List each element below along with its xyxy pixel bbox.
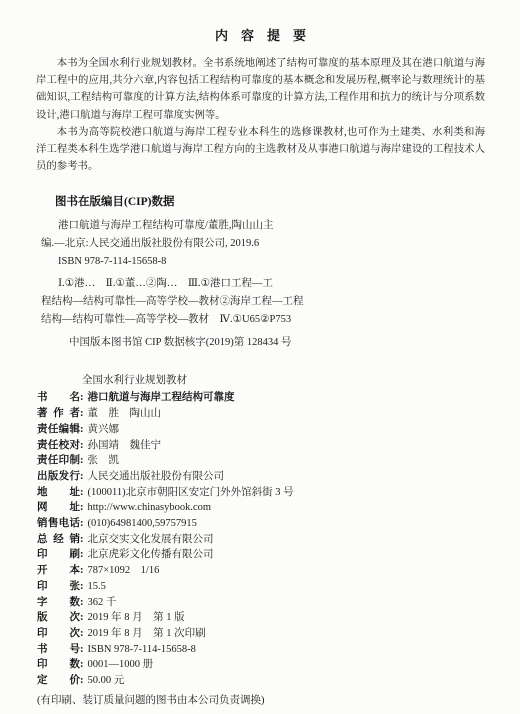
- exchange-note: (有印刷、装订质量问题的图书由本公司负责调换): [37, 692, 485, 707]
- field-value: 362 千: [88, 597, 117, 608]
- field-colon: :: [80, 612, 84, 623]
- field-value: 15.5: [88, 581, 106, 592]
- colophon-row: 版次:2019 年 8 月 第 1 版: [37, 610, 485, 626]
- field-label: 责任校对: [37, 438, 80, 454]
- field-label: 出版发行: [37, 469, 80, 485]
- field-value: 2019 年 8 月 第 1 版: [88, 612, 185, 623]
- colophon-row: 书号:ISBN 978-7-114-15658-8: [37, 642, 485, 658]
- field-colon: :: [80, 549, 84, 560]
- summary-paragraph-2: 本书为高等院校港口航道与海岸工程专业本科生的选修课教材,也可作为土建类、水利类和…: [36, 124, 485, 176]
- field-label: 著作者: [37, 406, 80, 422]
- field-label: 责任编辑: [37, 422, 80, 438]
- cip-line: 港口航道与海岸工程结构可靠度/董胜,陶山山主: [41, 217, 485, 235]
- field-value: 787×1092 1/16: [88, 565, 160, 576]
- field-value: 人民交通出版社股份有限公司: [88, 471, 225, 482]
- field-label: 书号: [37, 642, 80, 658]
- colophon-row: 网址:http://www.chinasybook.com: [37, 500, 485, 516]
- colophon-row: 书名:港口航道与海岸工程结构可靠度: [37, 390, 485, 406]
- cip-line: ISBN 978-7-114-15658-8: [41, 253, 485, 271]
- field-colon: :: [80, 455, 84, 466]
- field-label: 责任印制: [37, 453, 80, 469]
- colophon-row: 总经销:北京交实文化发展有限公司: [37, 532, 485, 548]
- cip-heading: 图书在版编目(CIP)数据: [55, 193, 485, 209]
- colophon-row: 销售电话:(010)64981400,59757915: [37, 516, 485, 532]
- colophon-row: 地址:(100011)北京市朝阳区安定门外外馆斜街 3 号: [37, 485, 485, 501]
- field-colon: :: [80, 487, 84, 498]
- field-colon: :: [80, 518, 84, 529]
- colophon-row: 出版发行:人民交通出版社股份有限公司: [37, 469, 485, 485]
- cip-line: Ⅰ.①港… Ⅱ.①董…②陶… Ⅲ.①港口工程—工: [41, 275, 485, 293]
- field-colon: :: [80, 471, 84, 482]
- cip-line: 结构—结构可靠性—高等学校—教材 Ⅳ.①U65②P753: [41, 311, 485, 329]
- colophon-row: 责任印制:张 凯: [37, 453, 485, 469]
- field-value: 港口航道与海岸工程结构可靠度: [88, 392, 235, 403]
- field-colon: :: [80, 408, 84, 419]
- field-colon: :: [80, 424, 84, 435]
- field-colon: :: [80, 675, 84, 686]
- content-summary-title: 内 容 提 要: [36, 26, 485, 45]
- field-label: 印张: [37, 579, 80, 595]
- field-colon: :: [80, 644, 84, 655]
- field-colon: :: [80, 581, 84, 592]
- field-value: (010)64981400,59757915: [88, 518, 197, 529]
- colophon-row: 字数:362 千: [37, 595, 485, 611]
- field-label: 版次: [37, 610, 80, 626]
- field-label: 定价: [37, 673, 80, 689]
- field-value: ISBN 978-7-114-15658-8: [88, 644, 196, 655]
- book-copyright-page: 内 容 提 要 本书为全国水利行业规划教材。全书系统地阐述了结构可靠度的基本原理…: [0, 0, 520, 714]
- field-value: 张 凯: [88, 455, 120, 466]
- cip-line: 中国版本图书馆 CIP 数据核字(2019)第 128434 号: [41, 334, 485, 352]
- field-label: 印次: [37, 626, 80, 642]
- field-label: 字数: [37, 595, 80, 611]
- colophon-list: 书名:港口航道与海岸工程结构可靠度著作者:董 胜 陶山山责任编辑:黄兴娜责任校对…: [37, 390, 485, 688]
- field-colon: :: [80, 628, 84, 639]
- field-colon: :: [80, 534, 84, 545]
- field-label: 网址: [37, 500, 80, 516]
- colophon-row: 开本:787×1092 1/16: [37, 563, 485, 579]
- colophon-row: 著作者:董 胜 陶山山: [37, 406, 485, 422]
- field-value: 孙国靖 魏佳宁: [88, 440, 162, 451]
- field-label: 印数: [37, 657, 80, 673]
- field-label: 开本: [37, 563, 80, 579]
- field-colon: :: [80, 565, 84, 576]
- field-value: 0001—1000 册: [88, 659, 154, 670]
- cip-line: 程结构—结构可靠性—高等学校—教材②海岸工程—工程: [41, 293, 485, 311]
- field-label: 总经销: [37, 532, 80, 548]
- field-value: 北京虎彩文化传播有限公司: [88, 549, 214, 560]
- field-value: 董 胜 陶山山: [88, 408, 162, 419]
- cip-line: 编.—北京:人民交通出版社股份有限公司, 2019.6: [41, 235, 485, 253]
- field-label: 书名: [37, 390, 80, 406]
- field-value: 2019 年 8 月 第 1 次印刷: [88, 628, 206, 639]
- field-colon: :: [80, 597, 84, 608]
- field-value: http://www.chinasybook.com: [88, 502, 212, 513]
- summary-paragraph-1: 本书为全国水利行业规划教材。全书系统地阐述了结构可靠度的基本原理及其在港口航道与…: [36, 55, 485, 124]
- field-label: 销售电话: [37, 516, 80, 532]
- cip-block: 港口航道与海岸工程结构可靠度/董胜,陶山山主编.—北京:人民交通出版社股份有限公…: [41, 217, 485, 352]
- colophon-row: 印次:2019 年 8 月 第 1 次印刷: [37, 626, 485, 642]
- field-value: 黄兴娜: [88, 424, 120, 435]
- colophon-row: 定价:50.00 元: [37, 673, 485, 689]
- field-colon: :: [80, 659, 84, 670]
- colophon-row: 印刷:北京虎彩文化传播有限公司: [37, 547, 485, 563]
- field-colon: :: [80, 502, 84, 513]
- colophon-row: 印张:15.5: [37, 579, 485, 595]
- field-label: 印刷: [37, 547, 80, 563]
- colophon-row: 责任校对:孙国靖 魏佳宁: [37, 438, 485, 454]
- colophon-row: 印数:0001—1000 册: [37, 657, 485, 673]
- field-value: 北京交实文化发展有限公司: [88, 534, 214, 545]
- field-colon: :: [80, 392, 84, 403]
- field-value: 50.00 元: [88, 675, 125, 686]
- field-colon: :: [80, 440, 84, 451]
- colophon-row: 责任编辑:黄兴娜: [37, 422, 485, 438]
- series-note: 全国水利行业规划教材: [82, 372, 485, 387]
- field-label: 地址: [37, 485, 80, 501]
- field-value: (100011)北京市朝阳区安定门外外馆斜街 3 号: [88, 487, 294, 498]
